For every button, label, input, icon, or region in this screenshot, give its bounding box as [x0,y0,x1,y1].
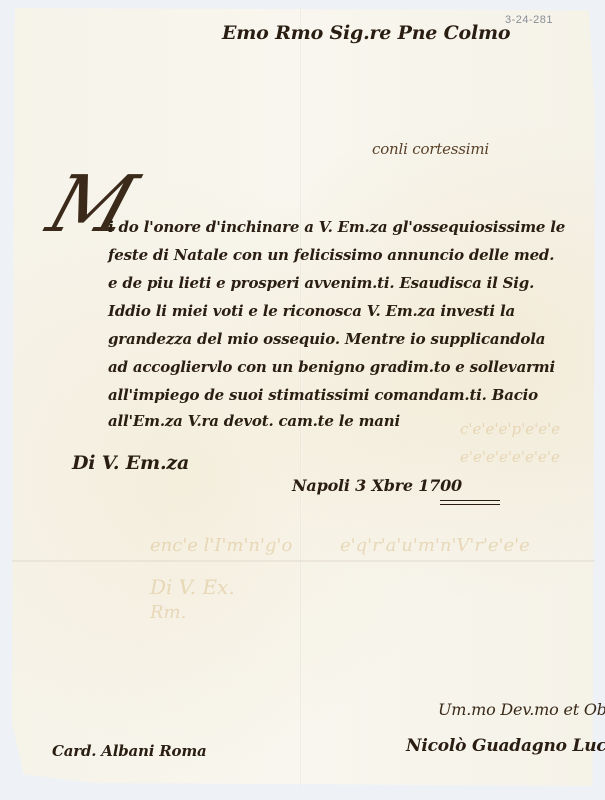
body-line: all'impiego de suoi stimatissimi comanda… [108,386,538,404]
signature-name: Nicolò Guadagno Lucerozzano [406,736,605,756]
bleed-through-text: enc'e l'I'm'n'g'o [150,535,292,556]
bleed-through-text: Rm. [150,602,186,623]
body-line: Iddio li miei voti e le riconosca V. Em.… [108,302,515,320]
addressee: Card. Albani Roma [52,742,207,760]
salutation-heading: Emo Rmo Sig.re Pne Colmo [222,22,510,44]
bleed-through-text: e'e'e'e'e'e'e'e [460,448,560,466]
bleed-through-text: e'q'r'a'u'm'n'V'r'e'e'e [340,535,530,556]
bleed-through-text: Di V. Ex. [150,575,235,599]
signature-formula: Um.mo Dev.mo et Obbl.mo Ser.re [438,700,605,719]
body-line: ad accogliervlo con un benigno gradim.to… [108,358,555,376]
bleed-through-text: c'e'e'e'p'e'e'e [460,420,560,438]
body-line: grandezza del mio ossequio. Mentre io su… [108,330,545,348]
closing-vocative: Di V. Em.za [72,452,189,474]
body-line: e de piu lieti e prosperi avvenim.ti. Es… [108,274,534,292]
margin-note: conli cortessimi [372,140,489,158]
archive-number: 3-24-281 [505,14,553,26]
date-underline [440,500,500,505]
body-line: feste di Natale con un felicissimo annun… [108,246,554,264]
horizontal-fold-line [12,560,595,562]
document-scan: enc'e l'I'm'n'g'o e'q'r'a'u'm'n'V'r'e'e'… [0,0,605,800]
body-line: all'Em.za V.ra devot. cam.te le mani [108,412,400,430]
body-line: i do l'onore d'inchinare a V. Em.za gl'o… [108,218,565,236]
place-and-date: Napoli 3 Xbre 1700 [292,476,462,495]
